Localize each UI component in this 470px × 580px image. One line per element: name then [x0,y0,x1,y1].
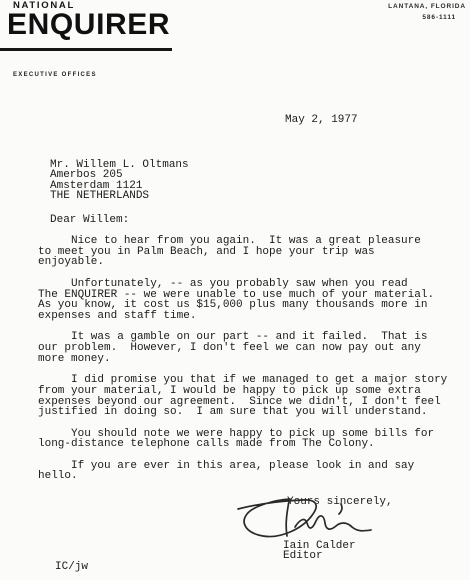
letter-body: Nice to hear from you again. It was a gr… [38,236,447,493]
paragraph: You should note we were happy to pick up… [38,429,447,450]
paragraph: If you are ever in this area, please loo… [38,461,447,482]
letterhead-rule [0,48,172,51]
letterhead-location: LANTANA, FLORIDA [388,3,466,11]
salutation: Dear Willem: [50,215,129,226]
paragraph: I did promise you that if we managed to … [38,375,447,418]
executive-offices-label: EXECUTIVE OFFICES [13,71,97,79]
letter-document: NATIONAL ENQUIRER LANTANA, FLORIDA 586-1… [0,0,470,580]
paragraph: It was a gamble on our part -- and it fa… [38,332,447,364]
brand-name-enquirer: ENQUIRER [7,10,170,40]
letterhead-phone: 586-1111 [422,14,456,22]
signature-block: Iain Calder Editor [283,541,356,562]
signer-title: Editor [283,551,356,561]
letter-date: May 2, 1977 [285,115,358,126]
paragraph: Unfortunately, -- as you probably saw wh… [38,279,447,322]
recipient-address: Mr. Willem L. Oltmans Amerbos 205 Amster… [50,160,189,202]
typist-reference: IC/jw [55,562,88,573]
paragraph: Nice to hear from you again. It was a gr… [38,236,447,268]
